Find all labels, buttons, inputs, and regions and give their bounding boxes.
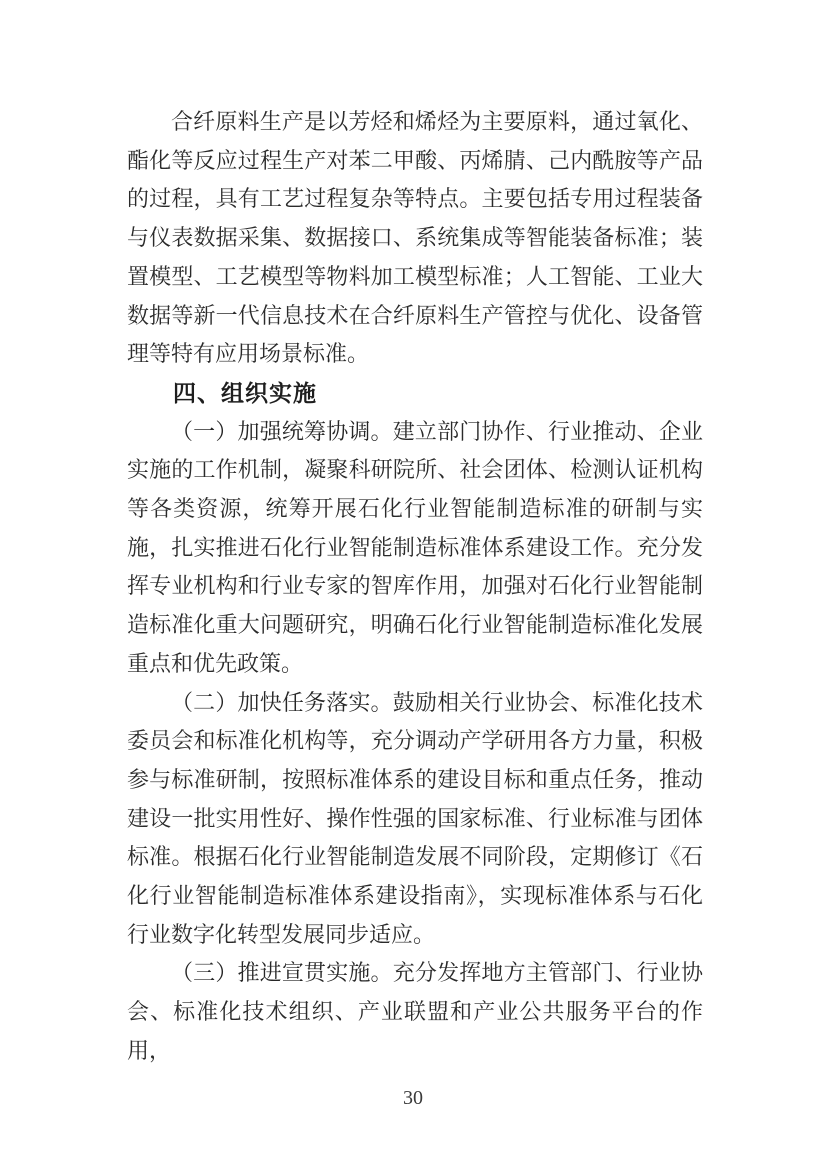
paragraph-promote-implementation: （三）推进宣贯实施。充分发挥地方主管部门、行业协会、标准化技术组织、产业联盟和产…: [127, 954, 703, 1070]
text-block: 合纤原料生产是以芳烃和烯烃为主要原料，通过氧化、酯化等反应过程生产对苯二甲酸、丙…: [127, 103, 703, 1071]
section-heading-organization-implementation: 四、组织实施: [127, 374, 703, 413]
paragraph-lead-3: （三）推进宣贯实施。: [171, 960, 393, 985]
paragraph-body-1: 建立部门协作、行业推动、企业实施的工作机制，凝聚科研院所、社会团体、检测认证机构…: [127, 419, 703, 676]
document-page: 合纤原料生产是以芳烃和烯烃为主要原料，通过氧化、酯化等反应过程生产对苯二甲酸、丙…: [0, 0, 826, 1169]
paragraph-strengthen-coordination: （一）加强统筹协调。建立部门协作、行业推动、企业实施的工作机制，凝聚科研院所、社…: [127, 413, 703, 684]
paragraph-lead-1: （一）加强统筹协调。: [171, 419, 393, 444]
paragraph-accelerate-tasks: （二）加快任务落实。鼓励相关行业协会、标准化技术委员会和标准化机构等，充分调动产…: [127, 684, 703, 955]
paragraph-synthetic-fiber-materials: 合纤原料生产是以芳烃和烯烃为主要原料，通过氧化、酯化等反应过程生产对苯二甲酸、丙…: [127, 103, 703, 374]
paragraph-lead-2: （二）加快任务落实。: [171, 690, 393, 715]
paragraph-body-2: 鼓励相关行业协会、标准化技术委员会和标准化机构等，充分调动产学研用各方力量，积极…: [127, 690, 703, 947]
page-number: 30: [0, 1086, 826, 1110]
